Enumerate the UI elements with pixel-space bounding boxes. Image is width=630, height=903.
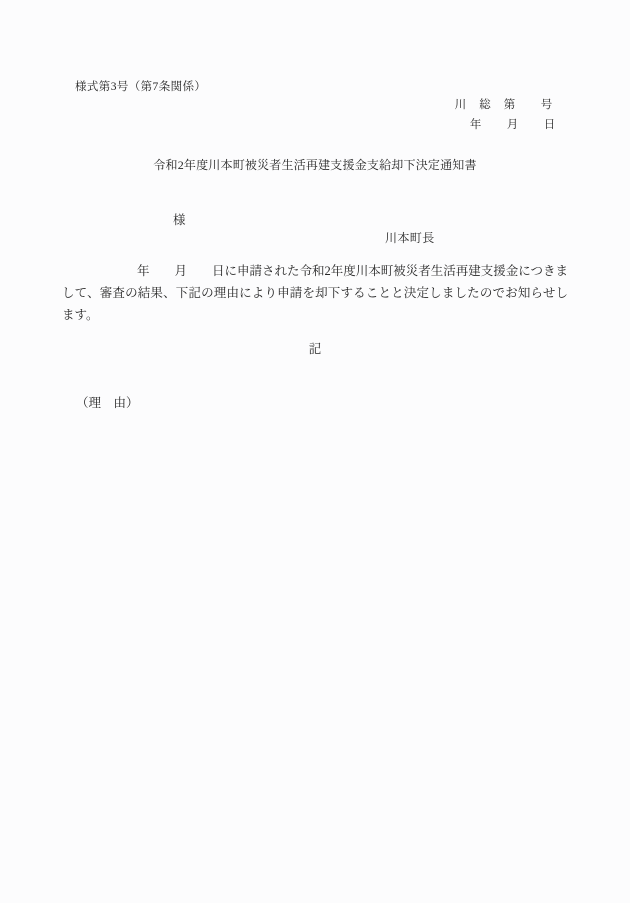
document-title: 令和2年度川本町被災者生活再建支援金支給却下決定通知書 (0, 156, 630, 173)
reason-label: （理 由） (76, 393, 139, 411)
addressee-honorific: 様 (173, 210, 186, 228)
document-date-line: 年 月 日 (470, 116, 556, 132)
body-line-3: ます。 (62, 304, 568, 326)
sender-name: 川本町長 (385, 229, 435, 246)
body-line-1: 年 月 日に申請された令和2年度川本町被災者生活再建支援金につきま (62, 260, 568, 282)
body-paragraph: 年 月 日に申請された令和2年度川本町被災者生活再建支援金につきま して、審査の… (62, 260, 568, 326)
body-line-2: して、審査の結果、下記の理由により申請を却下することと決定しましたのでお知らせし (62, 282, 568, 304)
record-heading: 記 (0, 339, 630, 357)
form-number: 様式第3号（第7条関係） (75, 78, 206, 94)
document-page: 様式第3号（第7条関係） 川 総 第 号 年 月 日 令和2年度川本町被災者生活… (0, 0, 630, 903)
document-number-line: 川 総 第 号 (455, 96, 553, 112)
